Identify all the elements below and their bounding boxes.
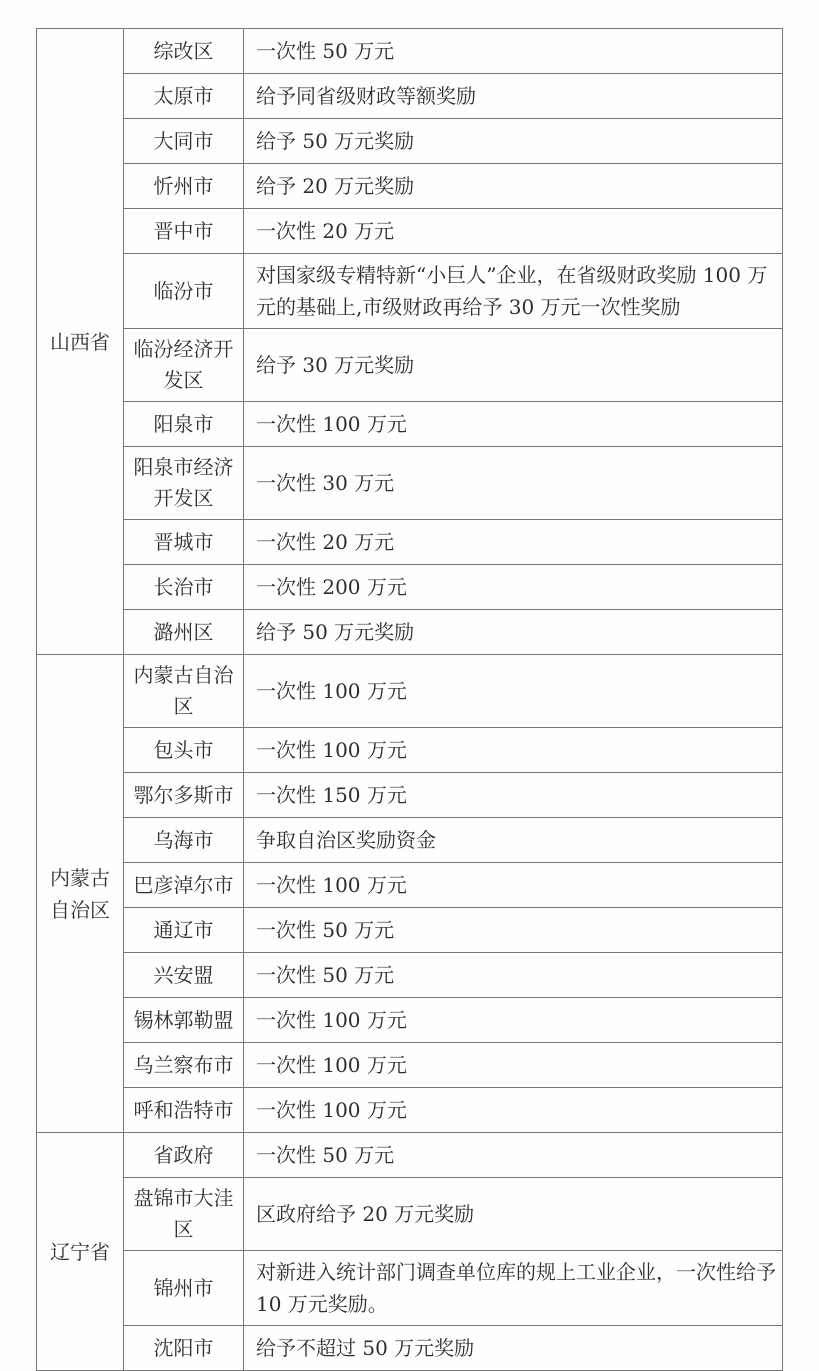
table-row: 锡林郭勒盟一次性 100 万元 bbox=[37, 998, 783, 1043]
table-row: 临汾经济开发区给予 30 万元奖励 bbox=[37, 329, 783, 402]
policy-cell: 对新进入统计部门调查单位库的规上工业企业，一次性给予 10 万元奖励。 bbox=[244, 1251, 783, 1326]
table-row: 兴安盟一次性 50 万元 bbox=[37, 953, 783, 998]
policy-cell: 一次性 100 万元 bbox=[244, 998, 783, 1043]
province-cell: 山西省 bbox=[37, 29, 124, 655]
policy-cell: 给予 30 万元奖励 bbox=[244, 329, 783, 402]
policy-cell: 一次性 100 万元 bbox=[244, 863, 783, 908]
table-row: 山西省综改区一次性 50 万元 bbox=[37, 29, 783, 74]
city-cell: 通辽市 bbox=[124, 908, 244, 953]
table-row: 通辽市一次性 50 万元 bbox=[37, 908, 783, 953]
policy-cell: 给予 20 万元奖励 bbox=[244, 164, 783, 209]
table-row: 巴彦淖尔市一次性 100 万元 bbox=[37, 863, 783, 908]
policy-cell: 一次性 30 万元 bbox=[244, 447, 783, 520]
policy-cell: 一次性 100 万元 bbox=[244, 728, 783, 773]
table-row: 大同市给予 50 万元奖励 bbox=[37, 119, 783, 164]
city-cell: 锡林郭勒盟 bbox=[124, 998, 244, 1043]
city-cell: 临汾经济开发区 bbox=[124, 329, 244, 402]
policy-cell: 一次性 100 万元 bbox=[244, 655, 783, 728]
province-cell: 内蒙古自治区 bbox=[37, 655, 124, 1133]
city-cell: 阳泉市经济开发区 bbox=[124, 447, 244, 520]
table-row: 内蒙古自治区内蒙古自治区一次性 100 万元 bbox=[37, 655, 783, 728]
table-row: 包头市一次性 100 万元 bbox=[37, 728, 783, 773]
policy-cell: 给予同省级财政等额奖励 bbox=[244, 74, 783, 119]
city-cell: 鄂尔多斯市 bbox=[124, 773, 244, 818]
city-cell: 忻州市 bbox=[124, 164, 244, 209]
table-row: 盘锦市大洼区区政府给予 20 万元奖励 bbox=[37, 1178, 783, 1251]
city-cell: 临汾市 bbox=[124, 254, 244, 329]
table-row: 晋中市一次性 20 万元 bbox=[37, 209, 783, 254]
policy-cell: 一次性 200 万元 bbox=[244, 565, 783, 610]
table-row: 乌海市争取自治区奖励资金 bbox=[37, 818, 783, 863]
policy-cell: 一次性 100 万元 bbox=[244, 1088, 783, 1133]
city-cell: 兴安盟 bbox=[124, 953, 244, 998]
city-cell: 内蒙古自治区 bbox=[124, 655, 244, 728]
reward-table: 山西省综改区一次性 50 万元太原市给予同省级财政等额奖励大同市给予 50 万元… bbox=[36, 28, 783, 1371]
city-cell: 盘锦市大洼区 bbox=[124, 1178, 244, 1251]
city-cell: 巴彦淖尔市 bbox=[124, 863, 244, 908]
city-cell: 潞州区 bbox=[124, 610, 244, 655]
policy-cell: 争取自治区奖励资金 bbox=[244, 818, 783, 863]
city-cell: 乌兰察布市 bbox=[124, 1043, 244, 1088]
policy-cell: 一次性 50 万元 bbox=[244, 953, 783, 998]
policy-cell: 对国家级专精特新“小巨人”企业，在省级财政奖励 100 万元的基础上,市级财政再… bbox=[244, 254, 783, 329]
table-row: 潞州区给予 50 万元奖励 bbox=[37, 610, 783, 655]
table-row: 辽宁省省政府一次性 50 万元 bbox=[37, 1133, 783, 1178]
city-cell: 长治市 bbox=[124, 565, 244, 610]
city-cell: 乌海市 bbox=[124, 818, 244, 863]
table-row: 晋城市一次性 20 万元 bbox=[37, 520, 783, 565]
table-row: 阳泉市一次性 100 万元 bbox=[37, 402, 783, 447]
policy-cell: 区政府给予 20 万元奖励 bbox=[244, 1178, 783, 1251]
city-cell: 阳泉市 bbox=[124, 402, 244, 447]
table-row: 临汾市对国家级专精特新“小巨人”企业，在省级财政奖励 100 万元的基础上,市级… bbox=[37, 254, 783, 329]
policy-cell: 一次性 50 万元 bbox=[244, 1133, 783, 1178]
policy-cell: 给予 50 万元奖励 bbox=[244, 610, 783, 655]
table-row: 忻州市给予 20 万元奖励 bbox=[37, 164, 783, 209]
city-cell: 锦州市 bbox=[124, 1251, 244, 1326]
policy-cell: 一次性 100 万元 bbox=[244, 402, 783, 447]
city-cell: 包头市 bbox=[124, 728, 244, 773]
city-cell: 沈阳市 bbox=[124, 1326, 244, 1371]
city-cell: 晋中市 bbox=[124, 209, 244, 254]
city-cell: 太原市 bbox=[124, 74, 244, 119]
table-row: 鄂尔多斯市一次性 150 万元 bbox=[37, 773, 783, 818]
city-cell: 省政府 bbox=[124, 1133, 244, 1178]
policy-cell: 一次性 50 万元 bbox=[244, 29, 783, 74]
document-page: 山西省综改区一次性 50 万元太原市给予同省级财政等额奖励大同市给予 50 万元… bbox=[36, 28, 782, 1371]
policy-cell: 一次性 20 万元 bbox=[244, 209, 783, 254]
policy-cell: 给予 50 万元奖励 bbox=[244, 119, 783, 164]
policy-cell: 一次性 20 万元 bbox=[244, 520, 783, 565]
policy-cell: 一次性 150 万元 bbox=[244, 773, 783, 818]
city-cell: 综改区 bbox=[124, 29, 244, 74]
table-row: 阳泉市经济开发区一次性 30 万元 bbox=[37, 447, 783, 520]
table-row: 乌兰察布市一次性 100 万元 bbox=[37, 1043, 783, 1088]
city-cell: 大同市 bbox=[124, 119, 244, 164]
city-cell: 呼和浩特市 bbox=[124, 1088, 244, 1133]
province-cell: 辽宁省 bbox=[37, 1133, 124, 1371]
city-cell: 晋城市 bbox=[124, 520, 244, 565]
policy-cell: 给予不超过 50 万元奖励 bbox=[244, 1326, 783, 1371]
table-row: 呼和浩特市一次性 100 万元 bbox=[37, 1088, 783, 1133]
policy-cell: 一次性 50 万元 bbox=[244, 908, 783, 953]
policy-cell: 一次性 100 万元 bbox=[244, 1043, 783, 1088]
table-row: 锦州市对新进入统计部门调查单位库的规上工业企业，一次性给予 10 万元奖励。 bbox=[37, 1251, 783, 1326]
table-row: 沈阳市给予不超过 50 万元奖励 bbox=[37, 1326, 783, 1371]
table-row: 长治市一次性 200 万元 bbox=[37, 565, 783, 610]
table-row: 太原市给予同省级财政等额奖励 bbox=[37, 74, 783, 119]
